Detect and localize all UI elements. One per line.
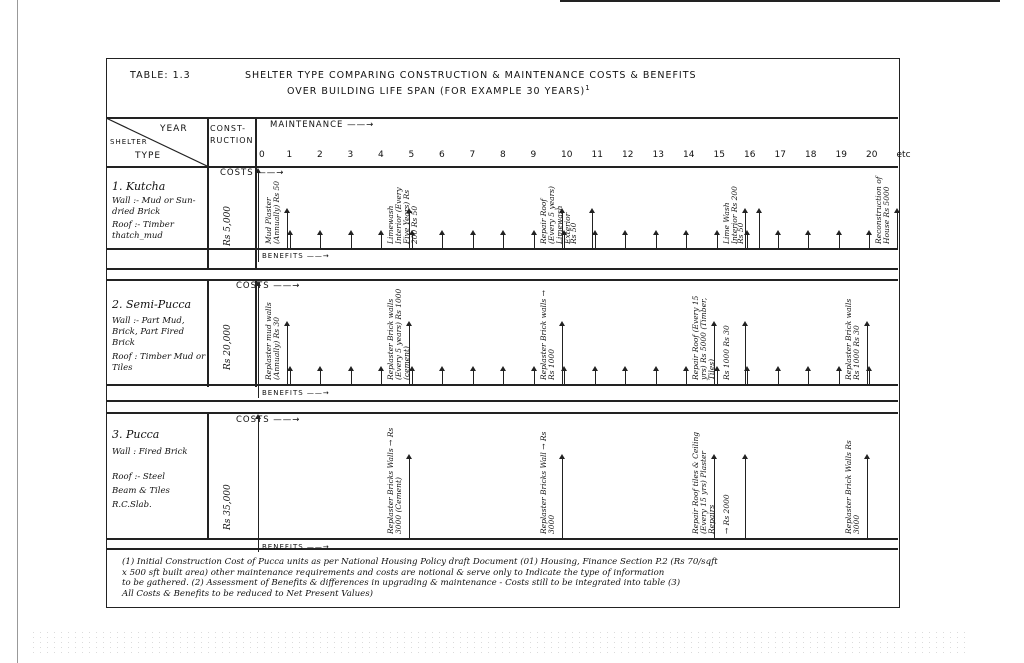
row1-bottom-rule (106, 268, 898, 270)
annual-arrow (808, 234, 809, 248)
annual-arrow (412, 370, 413, 384)
annual-arrow (564, 370, 565, 384)
maintenance-annotation: Replaster Bricks Wall → Rs 3000 (540, 420, 556, 534)
row2-roof: Roof : Timber Mud or Tiles (112, 352, 206, 374)
row2-name: 2. Semi-Pucca (112, 298, 191, 311)
annual-arrow (656, 370, 657, 384)
footnote-line1: (1) Initial Construction Cost of Pucca u… (122, 557, 892, 568)
annual-arrow (686, 234, 687, 248)
annual-arrow (595, 370, 596, 384)
maintenance-annotation: Mud Plaster (Annually) Rs 50 (265, 174, 281, 244)
annual-arrow (656, 234, 657, 248)
year-label: 1 (287, 150, 293, 160)
table-title-line2: OVER BUILDING LIFE SPAN (FOR EXAMPLE 30 … (287, 84, 591, 97)
header-construction-1: CONST- (210, 124, 246, 133)
cost-arrow (409, 212, 410, 248)
header-type: TYPE (135, 151, 161, 161)
cost-arrow (409, 458, 410, 538)
row1-wall: Wall :- Mud or Sun-dried Brick (112, 196, 206, 218)
maintenance-annotation: Repair Roof tiles & Ceiling (Every 15 yr… (692, 420, 716, 534)
year-label: 13 (653, 150, 664, 160)
year-label: 7 (470, 150, 476, 160)
row1-baseline (106, 248, 898, 250)
annual-arrow (869, 234, 870, 248)
row1-roof: Roof :- Timber thatch_mud (112, 220, 206, 242)
annual-arrow (686, 370, 687, 384)
cost-arrow (409, 325, 410, 384)
maintenance-annotation: → Rs 2000 (723, 420, 731, 534)
footnote-line4: All Costs & Benefits to be reduced to Ne… (122, 589, 892, 600)
row2-divider-type (207, 279, 209, 387)
row2-top-rule (106, 279, 898, 281)
header-maintenance: MAINTENANCE ——→ (270, 120, 374, 130)
maintenance-annotation: Repair Roof (Every 5 years) Limewash Ext… (540, 174, 572, 244)
annual-arrow (503, 234, 504, 248)
annual-arrow (625, 234, 626, 248)
cost-arrow (759, 212, 760, 248)
year-label: 4 (378, 150, 384, 160)
annual-arrow (778, 370, 779, 384)
row3-costs-label: COSTS ——→ (236, 415, 300, 425)
year-label: etc (897, 150, 911, 160)
year-label: 9 (531, 150, 537, 160)
cost-arrow (897, 212, 898, 248)
footnote: (1) Initial Construction Cost of Pucca u… (122, 557, 892, 599)
row2-divider-construction (255, 279, 257, 387)
maintenance-annotation: Replaster Brick walls (Every 5 years) Rs… (387, 287, 411, 380)
year-label: 8 (500, 150, 506, 160)
header-year: YEAR (160, 124, 188, 134)
year-label: 6 (439, 150, 445, 160)
annual-arrow (351, 234, 352, 248)
year-label: 17 (775, 150, 786, 160)
costs-axis-arrow (258, 285, 259, 398)
row3-top-rule (106, 412, 898, 414)
annual-arrow (351, 370, 352, 384)
annual-arrow (381, 370, 382, 384)
scan-noise (30, 630, 970, 655)
maintenance-annotation: Rs 50 (737, 174, 745, 244)
annual-arrow (534, 234, 535, 248)
table-number: TABLE: 1.3 (130, 70, 191, 81)
col-divider-construction (255, 117, 257, 269)
row1-name: 1. Kutcha (112, 180, 165, 193)
row3-baseline (106, 538, 898, 540)
annual-arrow (717, 370, 718, 384)
annual-arrow (747, 370, 748, 384)
year-label: 16 (744, 150, 755, 160)
cost-arrow (867, 325, 868, 384)
cost-arrow (562, 325, 563, 384)
annual-arrow (320, 234, 321, 248)
cost-arrow (714, 325, 715, 384)
annual-arrow (320, 370, 321, 384)
maintenance-annotation: Replaster Brick Walls Rs 3000 (845, 420, 861, 534)
annual-arrow (473, 370, 474, 384)
annual-arrow (290, 370, 291, 384)
year-label: 12 (622, 150, 633, 160)
maintenance-annotation: Replaster Brick walls → Rs 1000 (540, 287, 556, 380)
cost-arrow (714, 458, 715, 538)
annual-arrow (442, 370, 443, 384)
table-title-line1: SHELTER TYPE COMPARING CONSTRUCTION & MA… (245, 70, 697, 81)
year-label: 0 (259, 150, 265, 160)
cost-arrow (745, 325, 746, 384)
annual-arrow (595, 234, 596, 248)
year-label: 2 (317, 150, 323, 160)
annual-arrow (839, 370, 840, 384)
row1-benefits-label: BENEFITS ——→ (262, 252, 330, 260)
cost-arrow (867, 458, 868, 538)
year-label: 14 (683, 150, 694, 160)
cost-arrow (745, 458, 746, 538)
header-top-rule (106, 117, 898, 119)
cost-arrow (287, 212, 288, 248)
row2-construction-cost: Rs 20,000 (224, 324, 232, 370)
maintenance-annotation: Replaster mud walls (Annually) Rs 30 (265, 287, 281, 380)
annual-arrow (747, 234, 748, 248)
maintenance-annotation: Replaster Bricks Walls → Rs 3000 (Cement… (387, 420, 403, 534)
annual-arrow (839, 234, 840, 248)
year-label: 20 (866, 150, 877, 160)
year-label: 3 (348, 150, 354, 160)
year-label: 18 (805, 150, 816, 160)
annual-arrow (381, 234, 382, 248)
row3-wall: Wall : Fired Brick (112, 447, 206, 458)
year-label: 15 (714, 150, 725, 160)
cost-arrow (562, 212, 563, 248)
cost-arrow (287, 325, 288, 384)
annual-arrow (473, 234, 474, 248)
row3-construction-cost: Rs 35,000 (224, 484, 232, 530)
year-label: 19 (836, 150, 847, 160)
row3-benefits-label: BENEFITS ——→ (262, 543, 330, 551)
year-label: 11 (592, 150, 603, 160)
annual-arrow (808, 370, 809, 384)
maintenance-annotation: Rs 50 (570, 174, 578, 244)
row3-divider-type (207, 412, 209, 540)
maintenance-annotation: Limewash Interior (Every Five Years) Rs … (387, 174, 419, 244)
maintenance-annotation: Replaster Brick walls Rs 1000 Rs 30 (845, 287, 861, 380)
col-divider-type (207, 117, 209, 269)
scan-top-rule (560, 0, 1000, 2)
row1-construction-cost: Rs 5,000 (224, 206, 232, 246)
cost-arrow (562, 458, 563, 538)
maintenance-annotation: Rs 1000 Rs 30 (723, 287, 731, 380)
maintenance-annotation: Repair Roof (Every 15 yrs) Rs 5000 (Timb… (692, 287, 716, 380)
annual-arrow (442, 234, 443, 248)
annual-arrow (534, 370, 535, 384)
row2-baseline (106, 384, 898, 386)
annual-arrow (290, 234, 291, 248)
annual-arrow (778, 234, 779, 248)
row3-roof: Roof :- Steel Beam & Tiles R.C.Slab. (112, 470, 182, 512)
year-label: 10 (561, 150, 572, 160)
maintenance-annotation: Reconstruction of House Rs 5000 (875, 174, 891, 244)
header-construction-2: RUCTION (210, 136, 254, 145)
row2-bottom-rule (106, 400, 898, 402)
row3-name: 3. Pucca (112, 428, 159, 441)
annual-arrow (717, 234, 718, 248)
page-scan-edge (17, 0, 18, 663)
footnote-line2: x 500 sft built area) other maintenance … (122, 568, 892, 579)
annual-arrow (625, 370, 626, 384)
row2-wall: Wall :- Part Mud, Brick, Part Fired Bric… (112, 316, 206, 349)
annual-arrow (869, 370, 870, 384)
year-label: 5 (409, 150, 415, 160)
annual-arrow (503, 370, 504, 384)
costs-axis-arrow (258, 418, 259, 552)
row3-bottom-rule (106, 548, 898, 550)
footnote-line3: to be gathered. (2) Assessment of Benefi… (122, 578, 892, 589)
header-shelter: SHELTER (110, 138, 148, 146)
cost-arrow (592, 212, 593, 248)
row2-benefits-label: BENEFITS ——→ (262, 389, 330, 397)
costs-axis-arrow (258, 172, 259, 262)
